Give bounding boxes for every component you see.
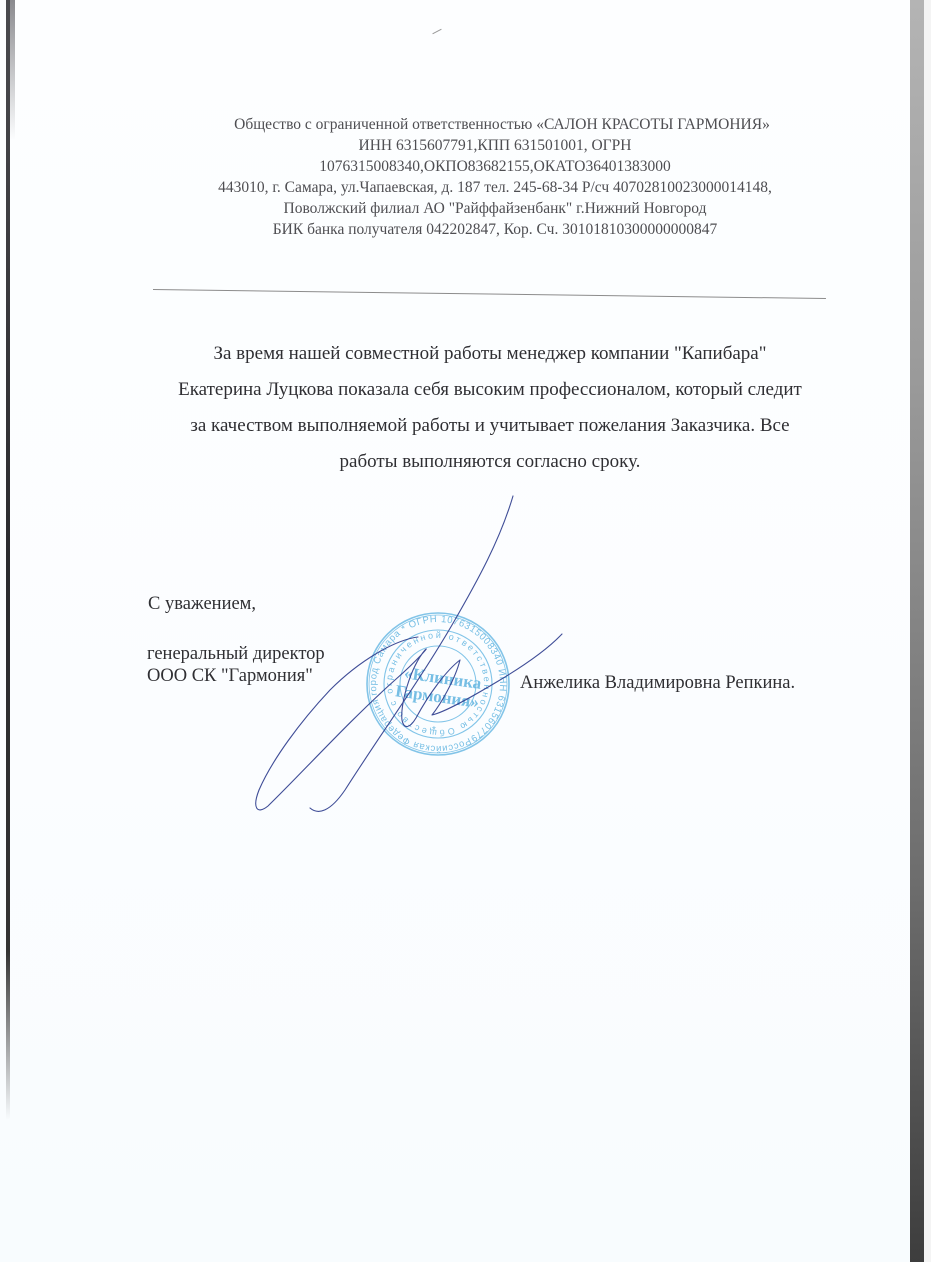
body-line: За время нашей совместной работы менедже… [140, 336, 840, 372]
scan-edge-right-margin [924, 0, 931, 1262]
signer-position: генеральный директор ООО СК "Гармония" [147, 643, 325, 687]
body-line: Екатерина Луцкова показала себя высоким … [140, 372, 840, 408]
stamp-star: * [432, 725, 436, 736]
signer-title: генеральный директор [147, 643, 325, 665]
letterhead-ogrn-okpo: 1076315008340,ОКПО83682155,ОКАТО36401383… [150, 156, 840, 177]
letterhead-bank: Поволжский филиал АО "Райффайзенбанк" г.… [150, 198, 840, 219]
letterhead-address: 443010, г. Самара, ул.Чапаевская, д. 187… [150, 177, 840, 198]
letter-body: За время нашей совместной работы менедже… [140, 336, 840, 480]
signer-organization: ООО СК "Гармония" [147, 665, 325, 687]
scan-edge-left-shadow [10, 0, 15, 140]
signer-name: Анжелика Владимировна Репкина. [520, 673, 795, 694]
letterhead-company-name: Общество с ограниченной ответственностью… [150, 114, 840, 135]
scan-edge-right [910, 0, 924, 1262]
letterhead-inn-kpp: ИНН 6315607791,КПП 631501001, ОГРН [150, 135, 840, 156]
letterhead-bik: БИК банка получателя 042202847, Кор. Сч.… [150, 219, 840, 240]
company-stamp: Российская Федерация город Самара * ОГРН… [365, 611, 511, 757]
scan-edge-left [6, 0, 10, 1120]
body-line: за качеством выполняемой работы и учитыв… [140, 408, 840, 444]
body-line: работы выполняются согласно сроку. [140, 444, 840, 480]
closing-phrase: С уважением, [148, 594, 256, 615]
letterhead: Общество с ограниченной ответственностью… [150, 114, 840, 240]
